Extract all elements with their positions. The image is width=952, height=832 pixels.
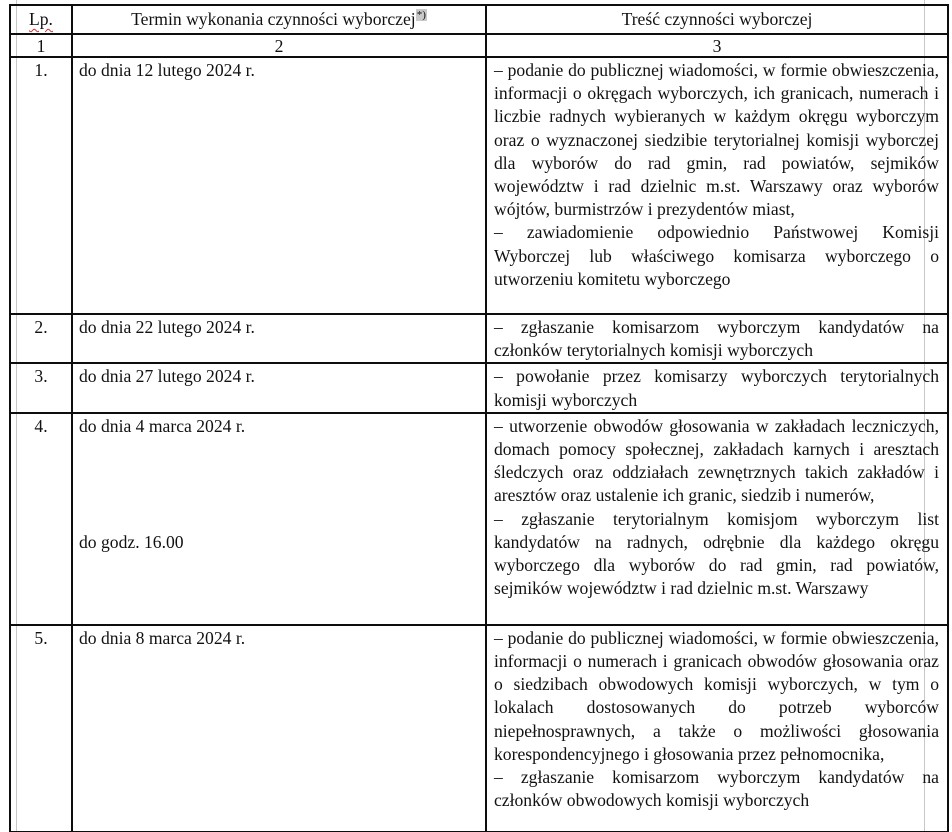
content-item: – zgłaszanie komisarzom wyborczym kandyd…: [494, 316, 939, 362]
table-row: 3. do dnia 27 lutego 2024 r. – powołanie…: [10, 363, 948, 412]
table-row: 2. do dnia 22 lutego 2024 r. – zgłaszani…: [10, 314, 948, 363]
column-number-1: 1: [10, 34, 72, 57]
table-row: 1. do dnia 12 lutego 2024 r. – podanie d…: [10, 57, 948, 314]
row-content: – utworzenie obwodów głosowania w zakład…: [486, 413, 948, 625]
row-content: – podanie do publicznej wiadomości, w fo…: [486, 57, 948, 314]
row-term: do dnia 22 lutego 2024 r.: [72, 314, 486, 363]
footnote-marker: *): [416, 9, 427, 21]
row-number: 1.: [10, 57, 72, 314]
table-row: 5. do dnia 8 marca 2024 r. – podanie do …: [10, 625, 948, 832]
election-schedule-table: Lp. Termin wykonania czynności wyborczej…: [9, 4, 949, 832]
content-item: – zawiadomienie odpowiednio Państwowej K…: [494, 221, 939, 291]
column-number-2: 2: [72, 34, 486, 57]
row-number: 4.: [10, 413, 72, 625]
row-content: – powołanie przez komisarzy wyborczych t…: [486, 363, 948, 412]
content-item: – powołanie przez komisarzy wyborczych t…: [494, 365, 939, 411]
content-item: – zgłaszanie terytorialnym komisjom wybo…: [494, 508, 939, 601]
column-number-row: 1 2 3: [10, 34, 948, 57]
row-term: do dnia 12 lutego 2024 r.: [72, 57, 486, 314]
header-term: Termin wykonania czynności wyborczej*): [72, 5, 486, 34]
row-term: do dnia 4 marca 2024 r. do godz. 16.00: [72, 413, 486, 625]
row-content: – zgłaszanie komisarzom wyborczym kandyd…: [486, 314, 948, 363]
content-item: – podanie do publicznej wiadomości, w fo…: [494, 627, 939, 766]
content-item: – podanie do publicznej wiadomości, w fo…: [494, 59, 939, 221]
row-term: do dnia 27 lutego 2024 r.: [72, 363, 486, 412]
header-content: Treść czynności wyborczej: [486, 5, 948, 34]
content-item: – zgłaszanie komisarzom wyborczym kandyd…: [494, 766, 939, 812]
table-row: 4. do dnia 4 marca 2024 r. do godz. 16.0…: [10, 413, 948, 625]
row-number: 2.: [10, 314, 72, 363]
row-term: do dnia 8 marca 2024 r.: [72, 625, 486, 832]
row-number: 5.: [10, 625, 72, 832]
row-number: 3.: [10, 363, 72, 412]
row-content: – podanie do publicznej wiadomości, w fo…: [486, 625, 948, 832]
content-item: – utworzenie obwodów głosowania w zakład…: [494, 415, 939, 508]
column-number-3: 3: [486, 34, 948, 57]
header-lp: Lp.: [10, 5, 72, 34]
header-row: Lp. Termin wykonania czynności wyborczej…: [10, 5, 948, 34]
